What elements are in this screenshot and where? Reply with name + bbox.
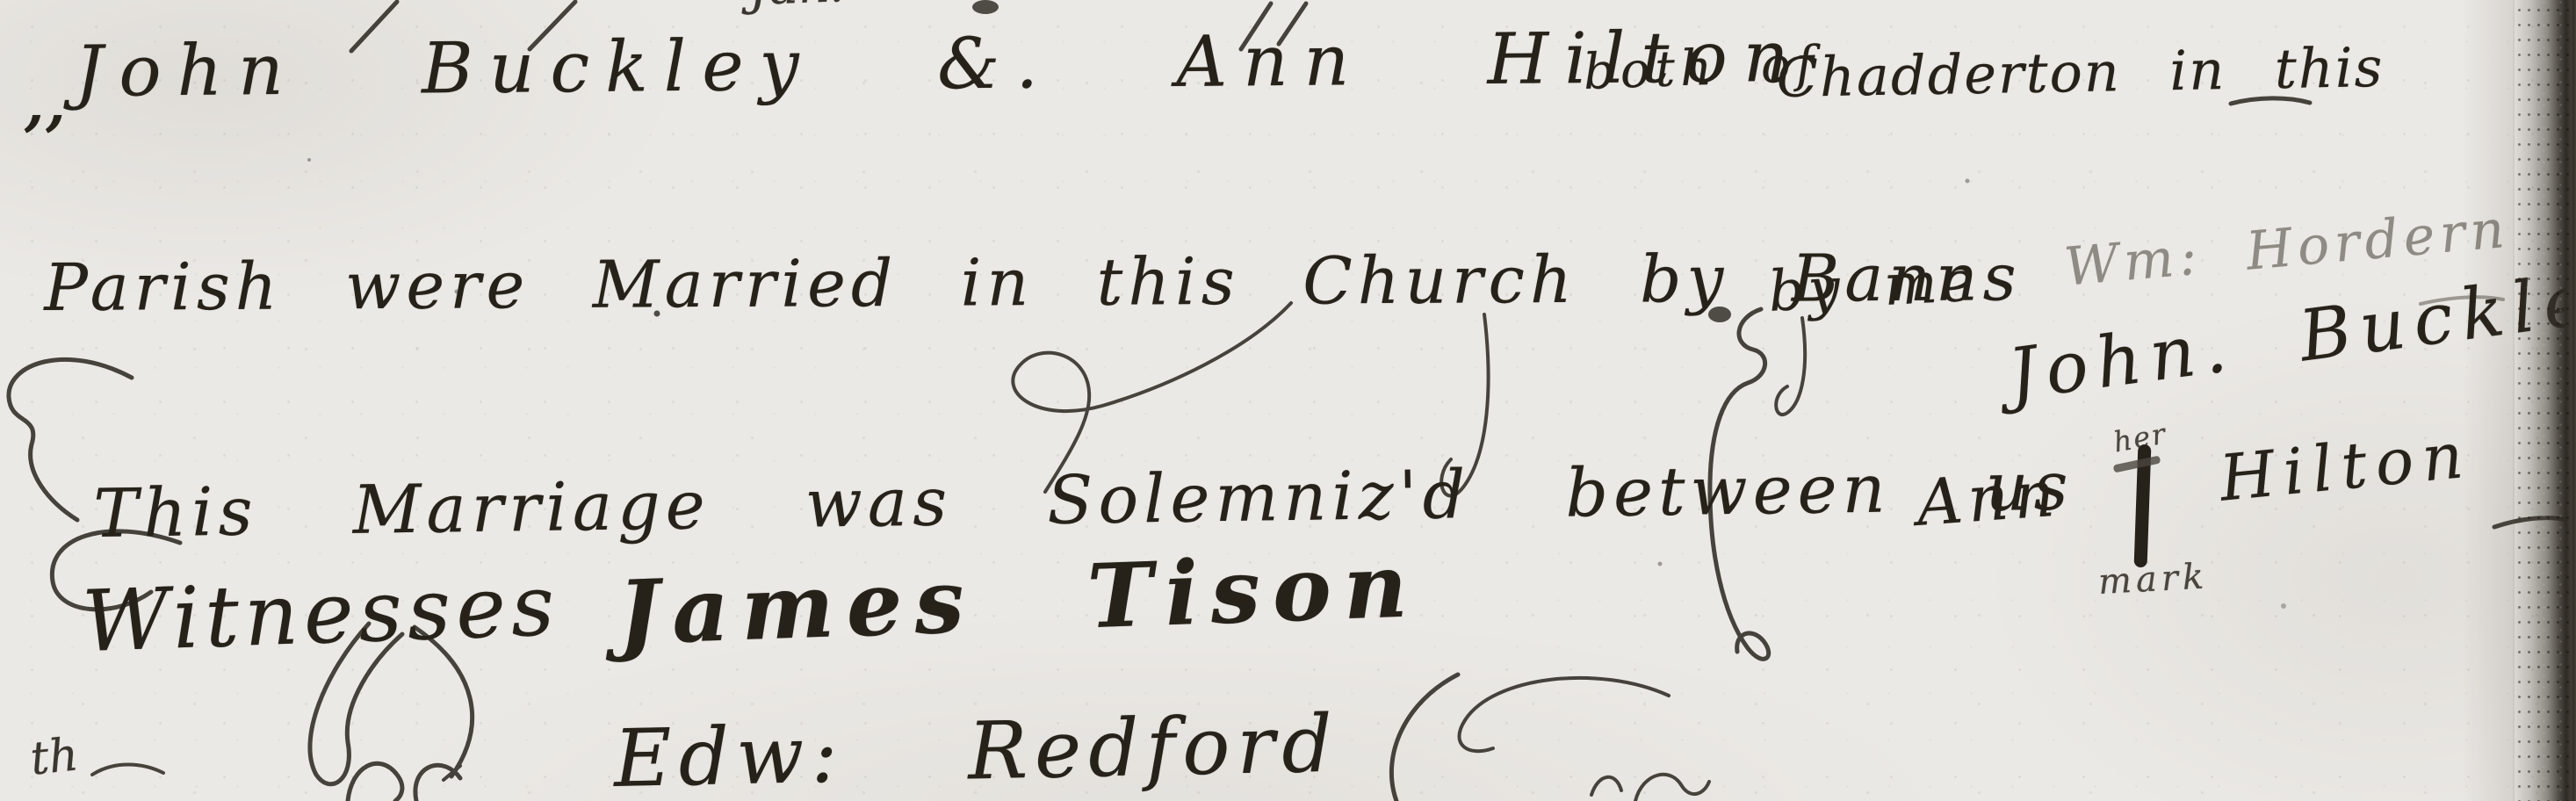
bottom-fragment-squiggle	[1635, 775, 1709, 801]
underline-flourish	[1459, 678, 1669, 751]
bottom-fragment-squiggle	[92, 765, 163, 776]
bottom-fragment-loop	[415, 765, 460, 801]
bride-forename: Ann	[1915, 461, 2062, 538]
entry-line1-names: John Buckley &. Ann Hilton	[75, 20, 1805, 109]
bride-mark-note-mark: mark	[2097, 558, 2209, 600]
witnesses-paren-tick	[444, 766, 460, 780]
register-page-scan: Jan: ,, John Buckley &. Ann Hilton both …	[0, 0, 2576, 801]
previous-entry-fragment: Jan:	[748, 0, 848, 15]
by-me-descender	[1776, 318, 1805, 415]
witness-signature-2: Edw: Redford	[613, 704, 1340, 801]
witnesses-label: Witnesses	[81, 561, 561, 667]
next-entry-fragment: th	[28, 731, 81, 783]
bottom-fragment-squiggle	[1591, 777, 1621, 795]
page-binding-edge	[2513, 0, 2576, 801]
pen-flourishes	[0, 0, 2576, 801]
bride-surname: Hilton	[2217, 422, 2474, 512]
redford-paren-flourish	[1391, 675, 1458, 801]
entry-line1-place: Chadderton in this	[1776, 39, 2385, 106]
ditto-mark: ,,	[25, 76, 68, 134]
binding-edge-shadow	[2462, 0, 2515, 801]
entry-line3-solemnized: This Marriage was Solemniz'd between us	[93, 451, 2074, 549]
entry-line2-statement: Parish were Married in this Church by Ba…	[44, 244, 2022, 322]
witness-signature-1: James Tison	[617, 539, 1421, 660]
entry-by-me: by me	[1767, 253, 1979, 323]
bottom-fragment-loop	[348, 763, 402, 801]
